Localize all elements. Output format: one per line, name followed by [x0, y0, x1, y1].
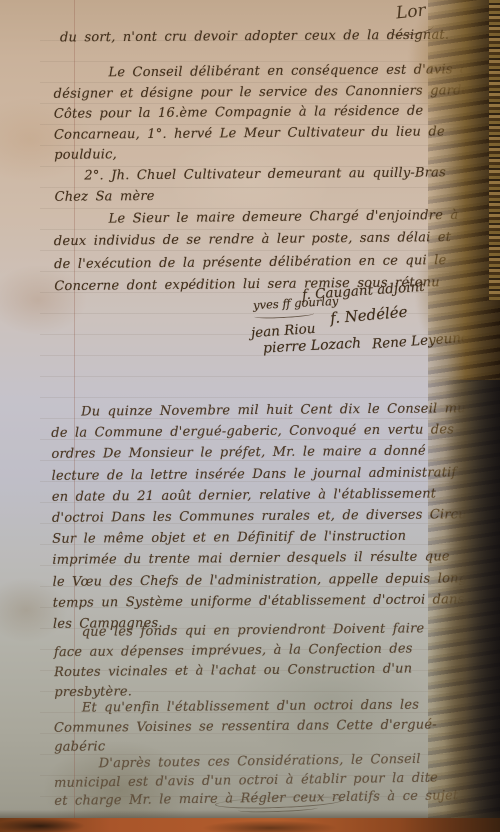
- manuscript-line: imprimée du trente mai dernier desquels …: [52, 547, 467, 572]
- paragraph-carryover: du sort, n'ont cru devoir adopter ceux d…: [60, 25, 460, 50]
- manuscript-line: ordres De Monsieur le préfet, Mr. le mai…: [51, 441, 466, 466]
- paragraph-council-designation: Le Conseil délibérant en conséquence est…: [53, 60, 464, 208]
- manuscript-line: Chez Sa mère: [54, 184, 464, 208]
- page-gilt-edge: [489, 0, 500, 300]
- manuscript-line: 2°. Jh. Chuel Cultivateur demeurant au q…: [54, 163, 464, 187]
- manuscript-line: temps un Système uniforme d'établissemen…: [53, 589, 468, 614]
- paragraph-session-november: Du quinze Novembre mil huit Cent dix le …: [51, 398, 468, 635]
- paragraph-neighbour-communes: Et qu'enfin l'établissement d'un octroi …: [54, 695, 464, 757]
- signature-underline: [254, 310, 314, 319]
- manuscript-line: Concarneau, 1°. hervé Le Meur Cultivateu…: [54, 122, 464, 146]
- manuscript-scan: Lor du sort, n'ont cru devoir adopter ce…: [0, 0, 500, 832]
- signature-nedelee: f. Nedélée: [329, 303, 408, 328]
- book-binding-shadow: [444, 380, 500, 832]
- paragraph-funds: que les fonds qui en proviendront Doiven…: [54, 619, 465, 703]
- signature-gourlay: yves ff gourlay: [253, 294, 339, 312]
- shelf-strip: [0, 818, 500, 832]
- manuscript-line: du sort, n'ont cru devoir adopter ceux d…: [60, 25, 460, 50]
- manuscript-line: Communes Voisines se ressentira dans Cet…: [54, 715, 464, 738]
